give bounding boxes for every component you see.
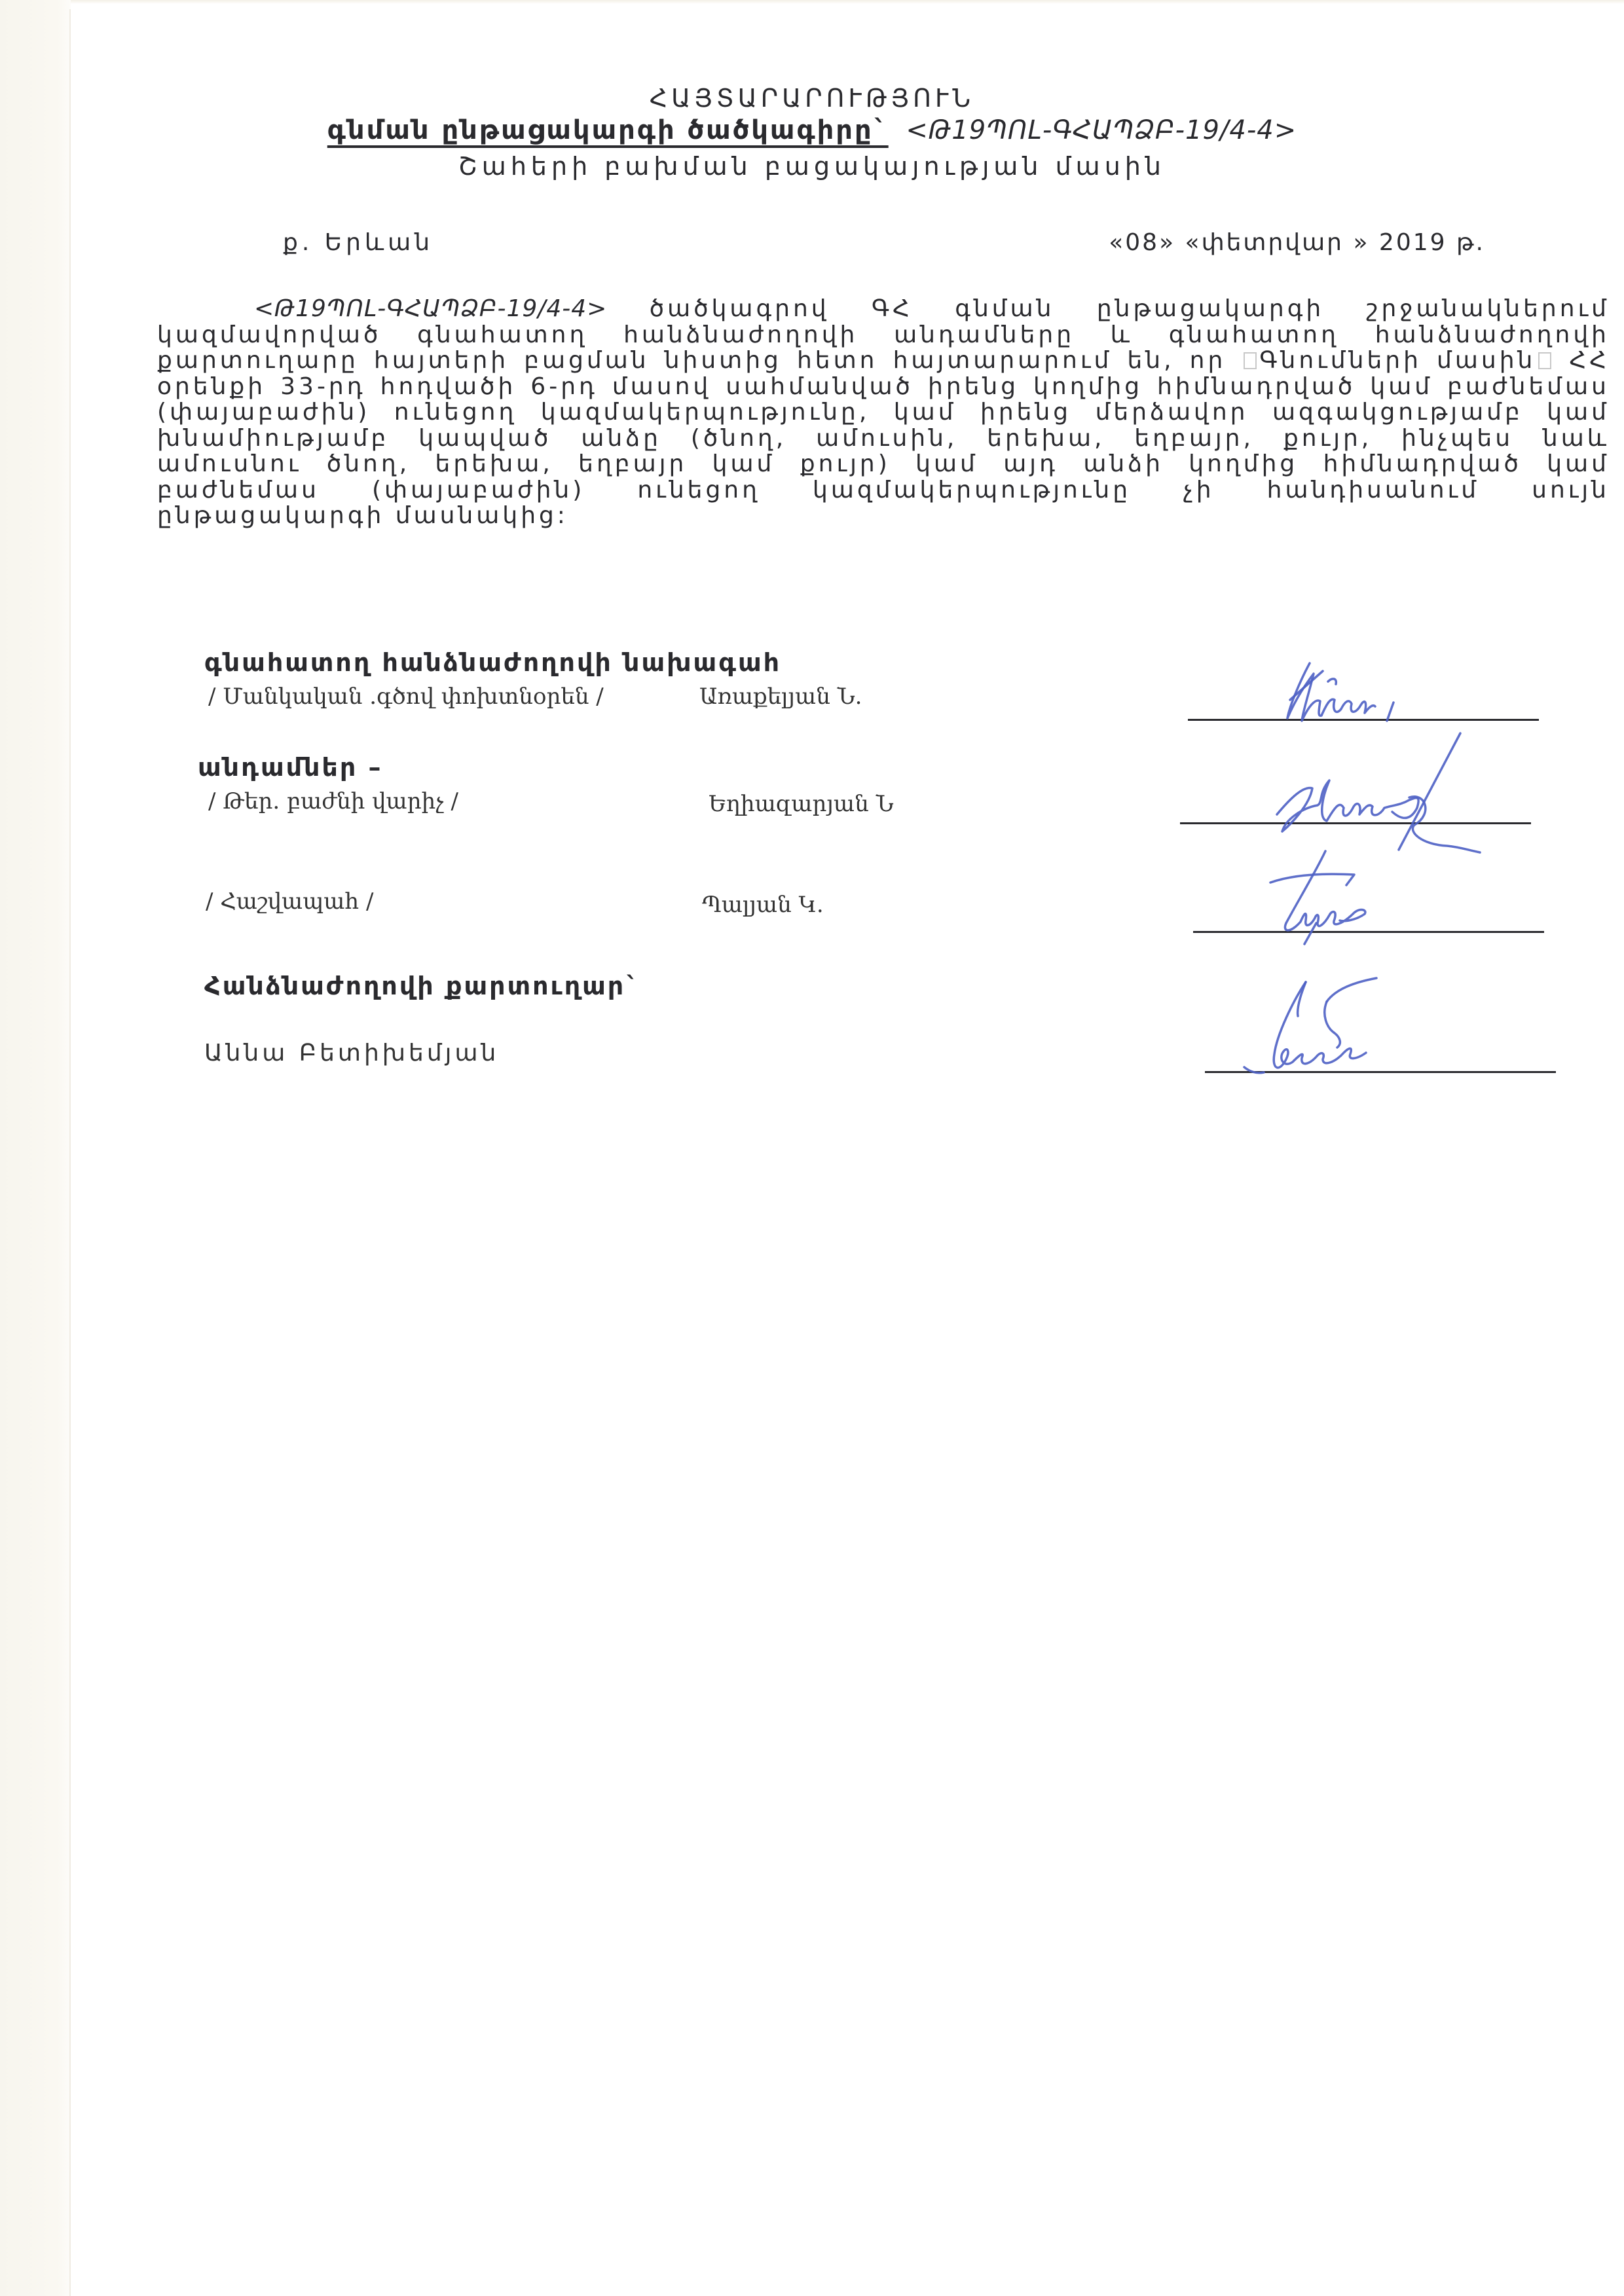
scan-top-edge [0, 0, 1624, 4]
member-signature [1244, 845, 1388, 949]
members-heading: անդամներ – [198, 753, 383, 782]
body-line: խնամիությամբ կապված անձը (ծնող, ամուսին,… [157, 426, 1610, 452]
chair-heading: գնահատող հանձնաժողովի նախագահ [204, 648, 781, 677]
secretary-name: Աննա Բետիխեմյան [204, 1040, 499, 1066]
body-line: ընթացակարգի մասնակից: [157, 503, 1610, 529]
member-role: / Թեր. բաժնի վարիչ / [208, 788, 458, 814]
chair-role: / Մանկական .գծով փոխտնօրեն / [208, 683, 604, 710]
missing-glyph-box [1244, 352, 1257, 369]
member-role: / Հաշվապահ / [206, 888, 373, 915]
secretary-heading: Հանձնաժողովի քարտուղար` [204, 972, 640, 1000]
body-line: կազմավորված գնահատող հանձնաժողովի անդամն… [157, 322, 1610, 348]
law-name: Գնումների մասին [1259, 347, 1536, 374]
member-name: Պալյան Կ. [702, 892, 824, 918]
body-line: բաժնեմաս (փայաբաժին) ունեցող կազմակերպու… [157, 477, 1610, 503]
scan-left-margin-strip [0, 0, 71, 2296]
body-line: օրենքի 33-րդ հոդվածի 6-րդ մասով սահմանվա… [157, 374, 1610, 400]
chair-name: Առաքելյան Ն. [699, 683, 862, 710]
missing-glyph-box [1538, 352, 1551, 369]
body-line: ամուսնու ծնող, երեխա, եղբայր կամ քույր) … [157, 451, 1610, 477]
document-date: «08» «փետրվար » 2019 թ. [1109, 229, 1485, 256]
procurement-code: <Թ19ՊՈԼ-ԳՀԱՊՁԲ-19/4-4> [906, 115, 1297, 145]
chair-signature [1283, 658, 1441, 730]
declaration-paragraph: <Թ19ՊՈԼ-ԳՀԱՊՁԲ-19/4-4> ծածկագրով ԳՀ գնմա… [157, 296, 1610, 529]
body-line: քարտուղարը հայտերի բացման նիստից հետո հա… [157, 348, 1610, 374]
body-line: (փայաբաժին) ունեցող կազմակերպությունը, կ… [157, 399, 1610, 426]
document-title: գնման ընթացակարգի ծածկագիրը` [327, 115, 889, 145]
city: ք. Երևան [283, 229, 434, 256]
secretary-signature [1238, 975, 1408, 1080]
document-title-row: գնման ընթացակարգի ծածկագիրը` <Թ19ՊՈԼ-ԳՀԱ… [0, 115, 1624, 145]
body-procurement-code: <Թ19ՊՈԼ-ԳՀԱՊՁԲ-19/4-4> [254, 295, 607, 322]
body-line: <Թ19ՊՈԼ-ԳՀԱՊՁԲ-19/4-4> ծածկագրով ԳՀ գնմա… [157, 296, 1610, 322]
document-heading: ՀԱՅՏԱՐԱՐՈՒԹՅՈՒՆ [0, 84, 1624, 113]
document-subtitle: Շահերի բախման բացակայության մասին [0, 152, 1624, 181]
member-name: Եղիազարյան Ն [709, 791, 894, 817]
